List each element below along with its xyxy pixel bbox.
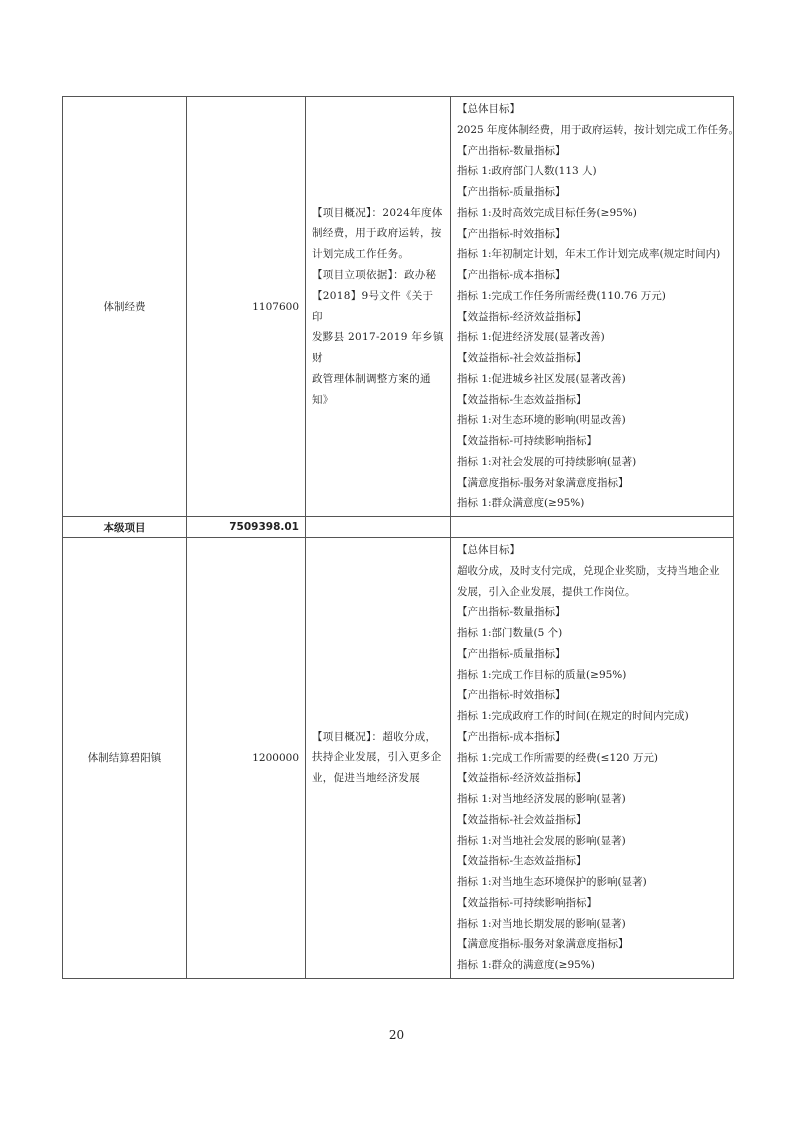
goal-line: 【产出指标-数量指标】 [457, 602, 727, 623]
goal-line: 指标 1:对社会发展的可持续影响(显著) [457, 452, 727, 473]
description-line: 政管理体制调整方案的通 [312, 369, 444, 390]
goal-line: 指标 1:对当地社会发展的影响(显著) [457, 831, 727, 852]
goal-line: 指标 1:群众满意度(≥95%) [457, 493, 727, 514]
goal-line: 【产出指标-质量指标】 [457, 182, 727, 203]
goal-line: 【产出指标-数量指标】 [457, 141, 727, 162]
subtotal-label: 本级项目 [63, 517, 187, 538]
description-line: 制经费，用于政府运转，按 [312, 223, 444, 244]
goal-line: 指标 1:年初制定计划，年末工作计划完成率(规定时间内) [457, 244, 727, 265]
goal-line: 【产出指标-时效指标】 [457, 224, 727, 245]
goal-line: 指标 1:完成工作目标的质量(≥95%) [457, 665, 727, 686]
goal-line: 指标 1:完成政府工作的时间(在规定的时间内完成) [457, 706, 727, 727]
subtotal-amount: 7509398.01 [187, 517, 306, 538]
project-description: 【项目概况】：超收分成， 扶持企业发展，引入更多企 业，促进当地经济发展 [306, 538, 451, 979]
goal-line: 【效益指标-经济效益指标】 [457, 307, 727, 328]
goal-line: 【产出指标-成本指标】 [457, 265, 727, 286]
goal-line: 指标 1:对生态环境的影响(明显改善) [457, 410, 727, 431]
goal-line: 2025 年度体制经费，用于政府运转，按计划完成工作任务。 [457, 120, 727, 141]
project-description: 【项目概况】：2024年度体 制经费，用于政府运转，按 计划完成工作任务。 【项… [306, 97, 451, 517]
table-row: 体制经费 1107600 【项目概况】：2024年度体 制经费，用于政府运转，按… [63, 97, 734, 517]
description-line: 【2018】9号文件《关于印 [312, 286, 444, 328]
project-table: 体制经费 1107600 【项目概况】：2024年度体 制经费，用于政府运转，按… [62, 96, 734, 979]
goal-line: 【总体目标】 [457, 540, 727, 561]
goal-line: 指标 1:促进经济发展(显著改善) [457, 327, 727, 348]
goal-line: 【满意度指标-服务对象满意度指标】 [457, 473, 727, 494]
goal-line: 发展，引入企业发展，提供工作岗位。 [457, 582, 727, 603]
project-amount: 1200000 [187, 538, 306, 979]
description-line: 发黟县 2017-2019 年乡镇财 [312, 327, 444, 369]
goal-line: 指标 1:对当地长期发展的影响(显著) [457, 914, 727, 935]
goal-line: 【效益指标-社会效益指标】 [457, 348, 727, 369]
performance-goals: 【总体目标】 2025 年度体制经费，用于政府运转，按计划完成工作任务。 【产出… [451, 97, 734, 517]
project-amount: 1107600 [187, 97, 306, 517]
empty-cell [451, 517, 734, 538]
table-row: 体制结算碧阳镇 1200000 【项目概况】：超收分成， 扶持企业发展，引入更多… [63, 538, 734, 979]
goal-line: 指标 1:政府部门人数(113 人) [457, 161, 727, 182]
performance-goals: 【总体目标】 超收分成，及时支付完成，兑现企业奖励，支持当地企业 发展，引入企业… [451, 538, 734, 979]
goal-line: 指标 1:群众的满意度(≥95%) [457, 955, 727, 976]
description-line: 【项目立项依据】：政办秘 [312, 265, 444, 286]
description-line: 【项目概况】：超收分成， [312, 727, 444, 748]
description-line: 业，促进当地经济发展 [312, 768, 444, 789]
project-name: 体制结算碧阳镇 [63, 538, 187, 979]
goal-line: 指标 1:部门数量(5 个) [457, 623, 727, 644]
page-number: 20 [0, 1028, 793, 1042]
goal-line: 指标 1:对当地生态环境保护的影响(显著) [457, 872, 727, 893]
goal-line: 【效益指标-生态效益指标】 [457, 851, 727, 872]
goal-line: 指标 1:完成工作所需要的经费(≤120 万元) [457, 748, 727, 769]
goal-line: 【产出指标-成本指标】 [457, 727, 727, 748]
goal-line: 【产出指标-时效指标】 [457, 685, 727, 706]
goal-line: 【满意度指标-服务对象满意度指标】 [457, 934, 727, 955]
goal-line: 【效益指标-社会效益指标】 [457, 810, 727, 831]
goal-line: 指标 1:完成工作任务所需经费(110.76 万元) [457, 286, 727, 307]
goal-line: 指标 1:促进城乡社区发展(显著改善) [457, 369, 727, 390]
empty-cell [306, 517, 451, 538]
description-line: 扶持企业发展，引入更多企 [312, 747, 444, 768]
description-line: 知》 [312, 390, 444, 411]
description-line: 计划完成工作任务。 [312, 244, 444, 265]
goal-line: 超收分成，及时支付完成，兑现企业奖励，支持当地企业 [457, 561, 727, 582]
goal-line: 指标 1:及时高效完成目标任务(≥95%) [457, 203, 727, 224]
goal-line: 【效益指标-可持续影响指标】 [457, 431, 727, 452]
goal-line: 【效益指标-生态效益指标】 [457, 390, 727, 411]
subtotal-row: 本级项目 7509398.01 [63, 517, 734, 538]
goal-line: 【效益指标-可持续影响指标】 [457, 893, 727, 914]
goal-line: 【总体目标】 [457, 99, 727, 120]
goal-line: 【效益指标-经济效益指标】 [457, 768, 727, 789]
goal-line: 指标 1:对当地经济发展的影响(显著) [457, 789, 727, 810]
project-name: 体制经费 [63, 97, 187, 517]
description-line: 【项目概况】：2024年度体 [312, 203, 444, 224]
goal-line: 【产出指标-质量指标】 [457, 644, 727, 665]
